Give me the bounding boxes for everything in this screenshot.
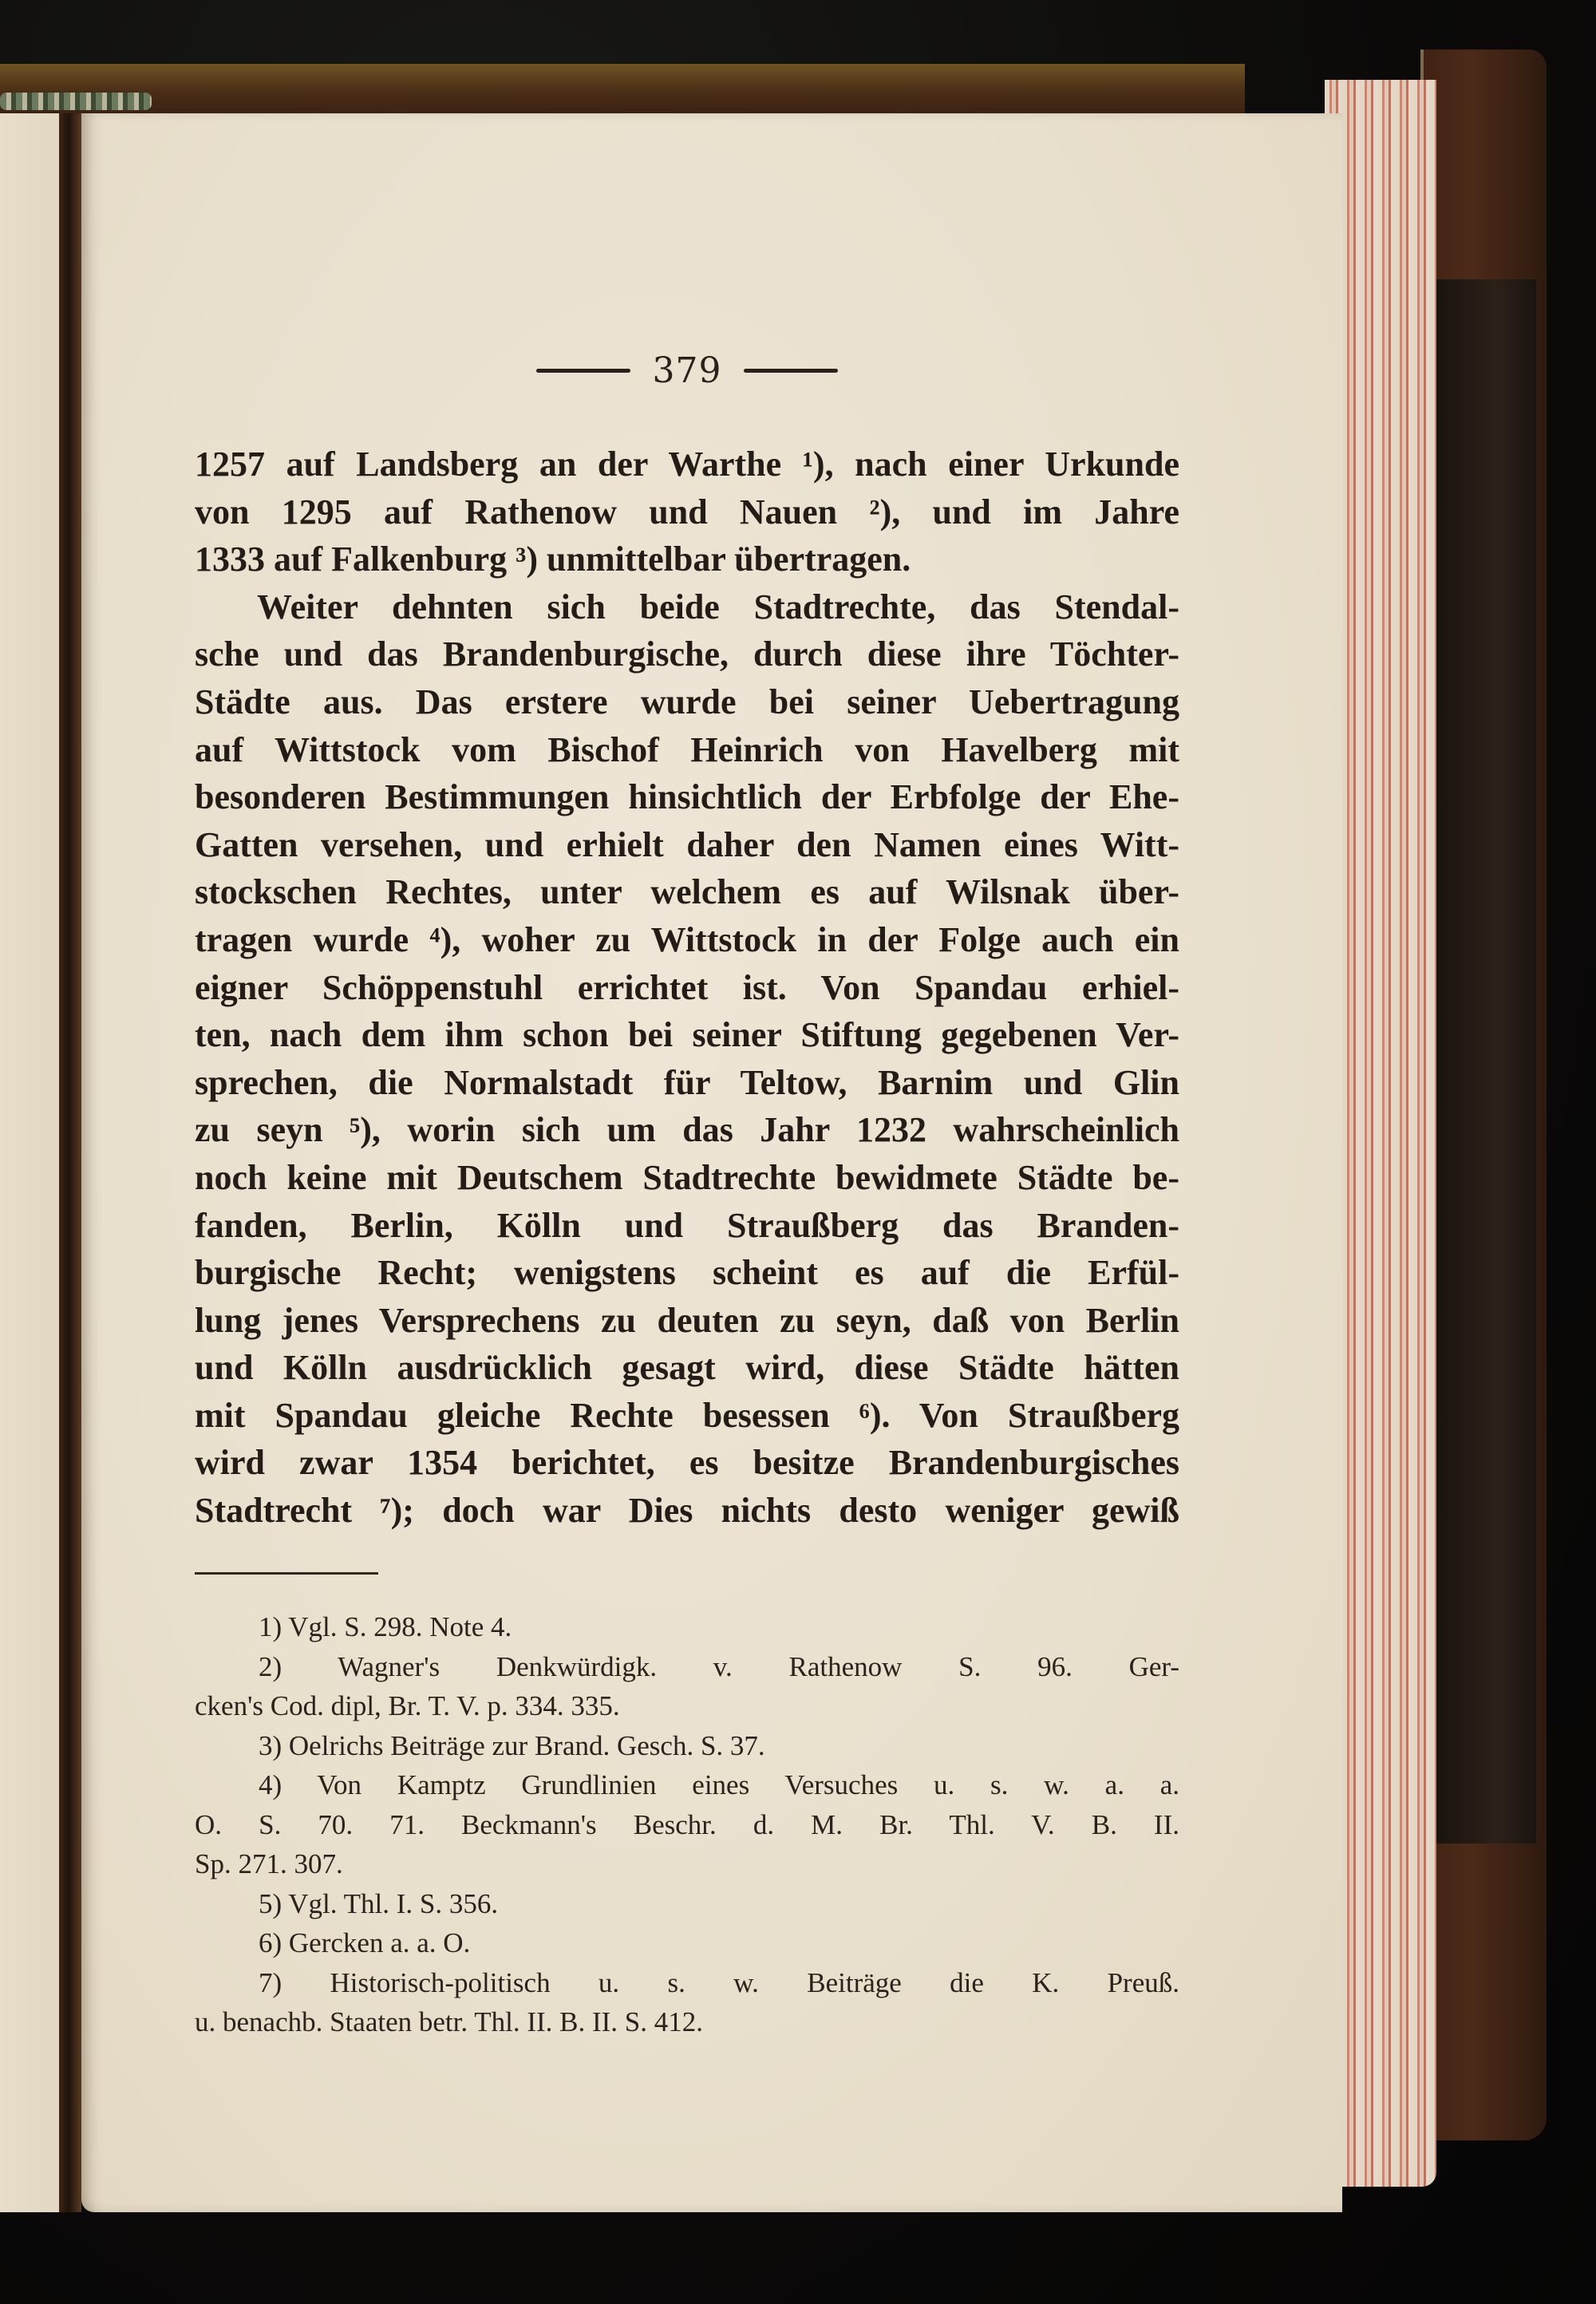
header-rule-left bbox=[536, 369, 630, 373]
text-line: fanden, Berlin, Kölln und Straußberg das… bbox=[195, 1202, 1179, 1250]
page-header: 379 bbox=[195, 346, 1179, 394]
text-line: besonderen Bestimmungen hinsichtlich der… bbox=[195, 773, 1179, 821]
text-line: burgische Recht; wenigstens scheint es a… bbox=[195, 1249, 1179, 1297]
book-gutter bbox=[59, 113, 81, 2212]
footnote-line: 7) Historisch-politisch u. s. w. Beiträg… bbox=[195, 1963, 1179, 2003]
footnotes: 1) Vgl. S. 298. Note 4.2) Wagner's Denkw… bbox=[195, 1607, 1179, 2042]
text-line: sprechen, die Normalstadt für Teltow, Ba… bbox=[195, 1059, 1179, 1107]
text-line: wird zwar 1354 berichtet, es besitze Bra… bbox=[195, 1439, 1179, 1487]
text-line: mit Spandau gleiche Rechte besessen ⁶). … bbox=[195, 1392, 1179, 1440]
headband-cord bbox=[0, 93, 152, 110]
footnote-line: 4) Von Kamptz Grundlinien eines Versuche… bbox=[195, 1765, 1179, 1805]
footnote-line: cken's Cod. dipl, Br. T. V. p. 334. 335. bbox=[195, 1686, 1179, 1726]
footnote-line: Sp. 271. 307. bbox=[195, 1844, 1179, 1884]
book-cover-cloth bbox=[1436, 279, 1536, 1844]
text-line: eigner Schöppenstuhl errichtet ist. Von … bbox=[195, 964, 1179, 1012]
header-rule-right bbox=[744, 369, 838, 373]
footnote-separator bbox=[195, 1572, 378, 1575]
text-line: Weiter dehnten sich beide Stadtrechte, d… bbox=[195, 583, 1179, 631]
text-line: Stadtrecht ⁷); doch war Dies nichts dest… bbox=[195, 1487, 1179, 1535]
text-line: sche und das Brandenburgische, durch die… bbox=[195, 630, 1179, 678]
text-line: 1333 auf Falkenburg ³) unmittelbar übert… bbox=[195, 535, 1179, 583]
body-text: 1257 auf Landsberg an der Warthe ¹), nac… bbox=[195, 441, 1179, 1535]
text-line: und Kölln ausdrücklich gesagt wird, dies… bbox=[195, 1344, 1179, 1392]
text-line: stockschen Rechtes, unter welchem es auf… bbox=[195, 868, 1179, 916]
text-line: 1257 auf Landsberg an der Warthe ¹), nac… bbox=[195, 441, 1179, 488]
text-line: auf Wittstock vom Bischof Heinrich von H… bbox=[195, 726, 1179, 774]
text-line: tragen wurde ⁴), woher zu Wittstock in d… bbox=[195, 916, 1179, 964]
footnote-line: 5) Vgl. Thl. I. S. 356. bbox=[195, 1884, 1179, 1924]
footnote-line: 1) Vgl. S. 298. Note 4. bbox=[195, 1607, 1179, 1647]
text-line: lung jenes Versprechens zu deuten zu sey… bbox=[195, 1297, 1179, 1345]
book-headband bbox=[0, 64, 1245, 118]
text-line: Gatten versehen, und erhielt daher den N… bbox=[195, 821, 1179, 869]
text-line: Städte aus. Das erstere wurde bei seiner… bbox=[195, 678, 1179, 726]
footnote-line: O. S. 70. 71. Beckmann's Beschr. d. M. B… bbox=[195, 1805, 1179, 1845]
text-line: ten, nach dem ihm schon bei seiner Stift… bbox=[195, 1011, 1179, 1059]
text-line: zu seyn ⁵), worin sich um das Jahr 1232 … bbox=[195, 1106, 1179, 1154]
footnote-line: u. benachb. Staaten betr. Thl. II. B. II… bbox=[195, 2002, 1179, 2042]
page-number: 379 bbox=[653, 350, 722, 391]
text-line: noch keine mit Deutschem Stadtrechte bew… bbox=[195, 1154, 1179, 1202]
text-line: von 1295 auf Rathenow und Nauen ²), und … bbox=[195, 488, 1179, 536]
footnote-line: 2) Wagner's Denkwürdigk. v. Rathenow S. … bbox=[195, 1647, 1179, 1687]
footnote-line: 3) Oelrichs Beiträge zur Brand. Gesch. S… bbox=[195, 1726, 1179, 1766]
facing-page-left bbox=[0, 113, 59, 2212]
book-page: 379 1257 auf Landsberg an der Warthe ¹),… bbox=[81, 113, 1342, 2212]
footnote-line: 6) Gercken a. a. O. bbox=[195, 1923, 1179, 1963]
